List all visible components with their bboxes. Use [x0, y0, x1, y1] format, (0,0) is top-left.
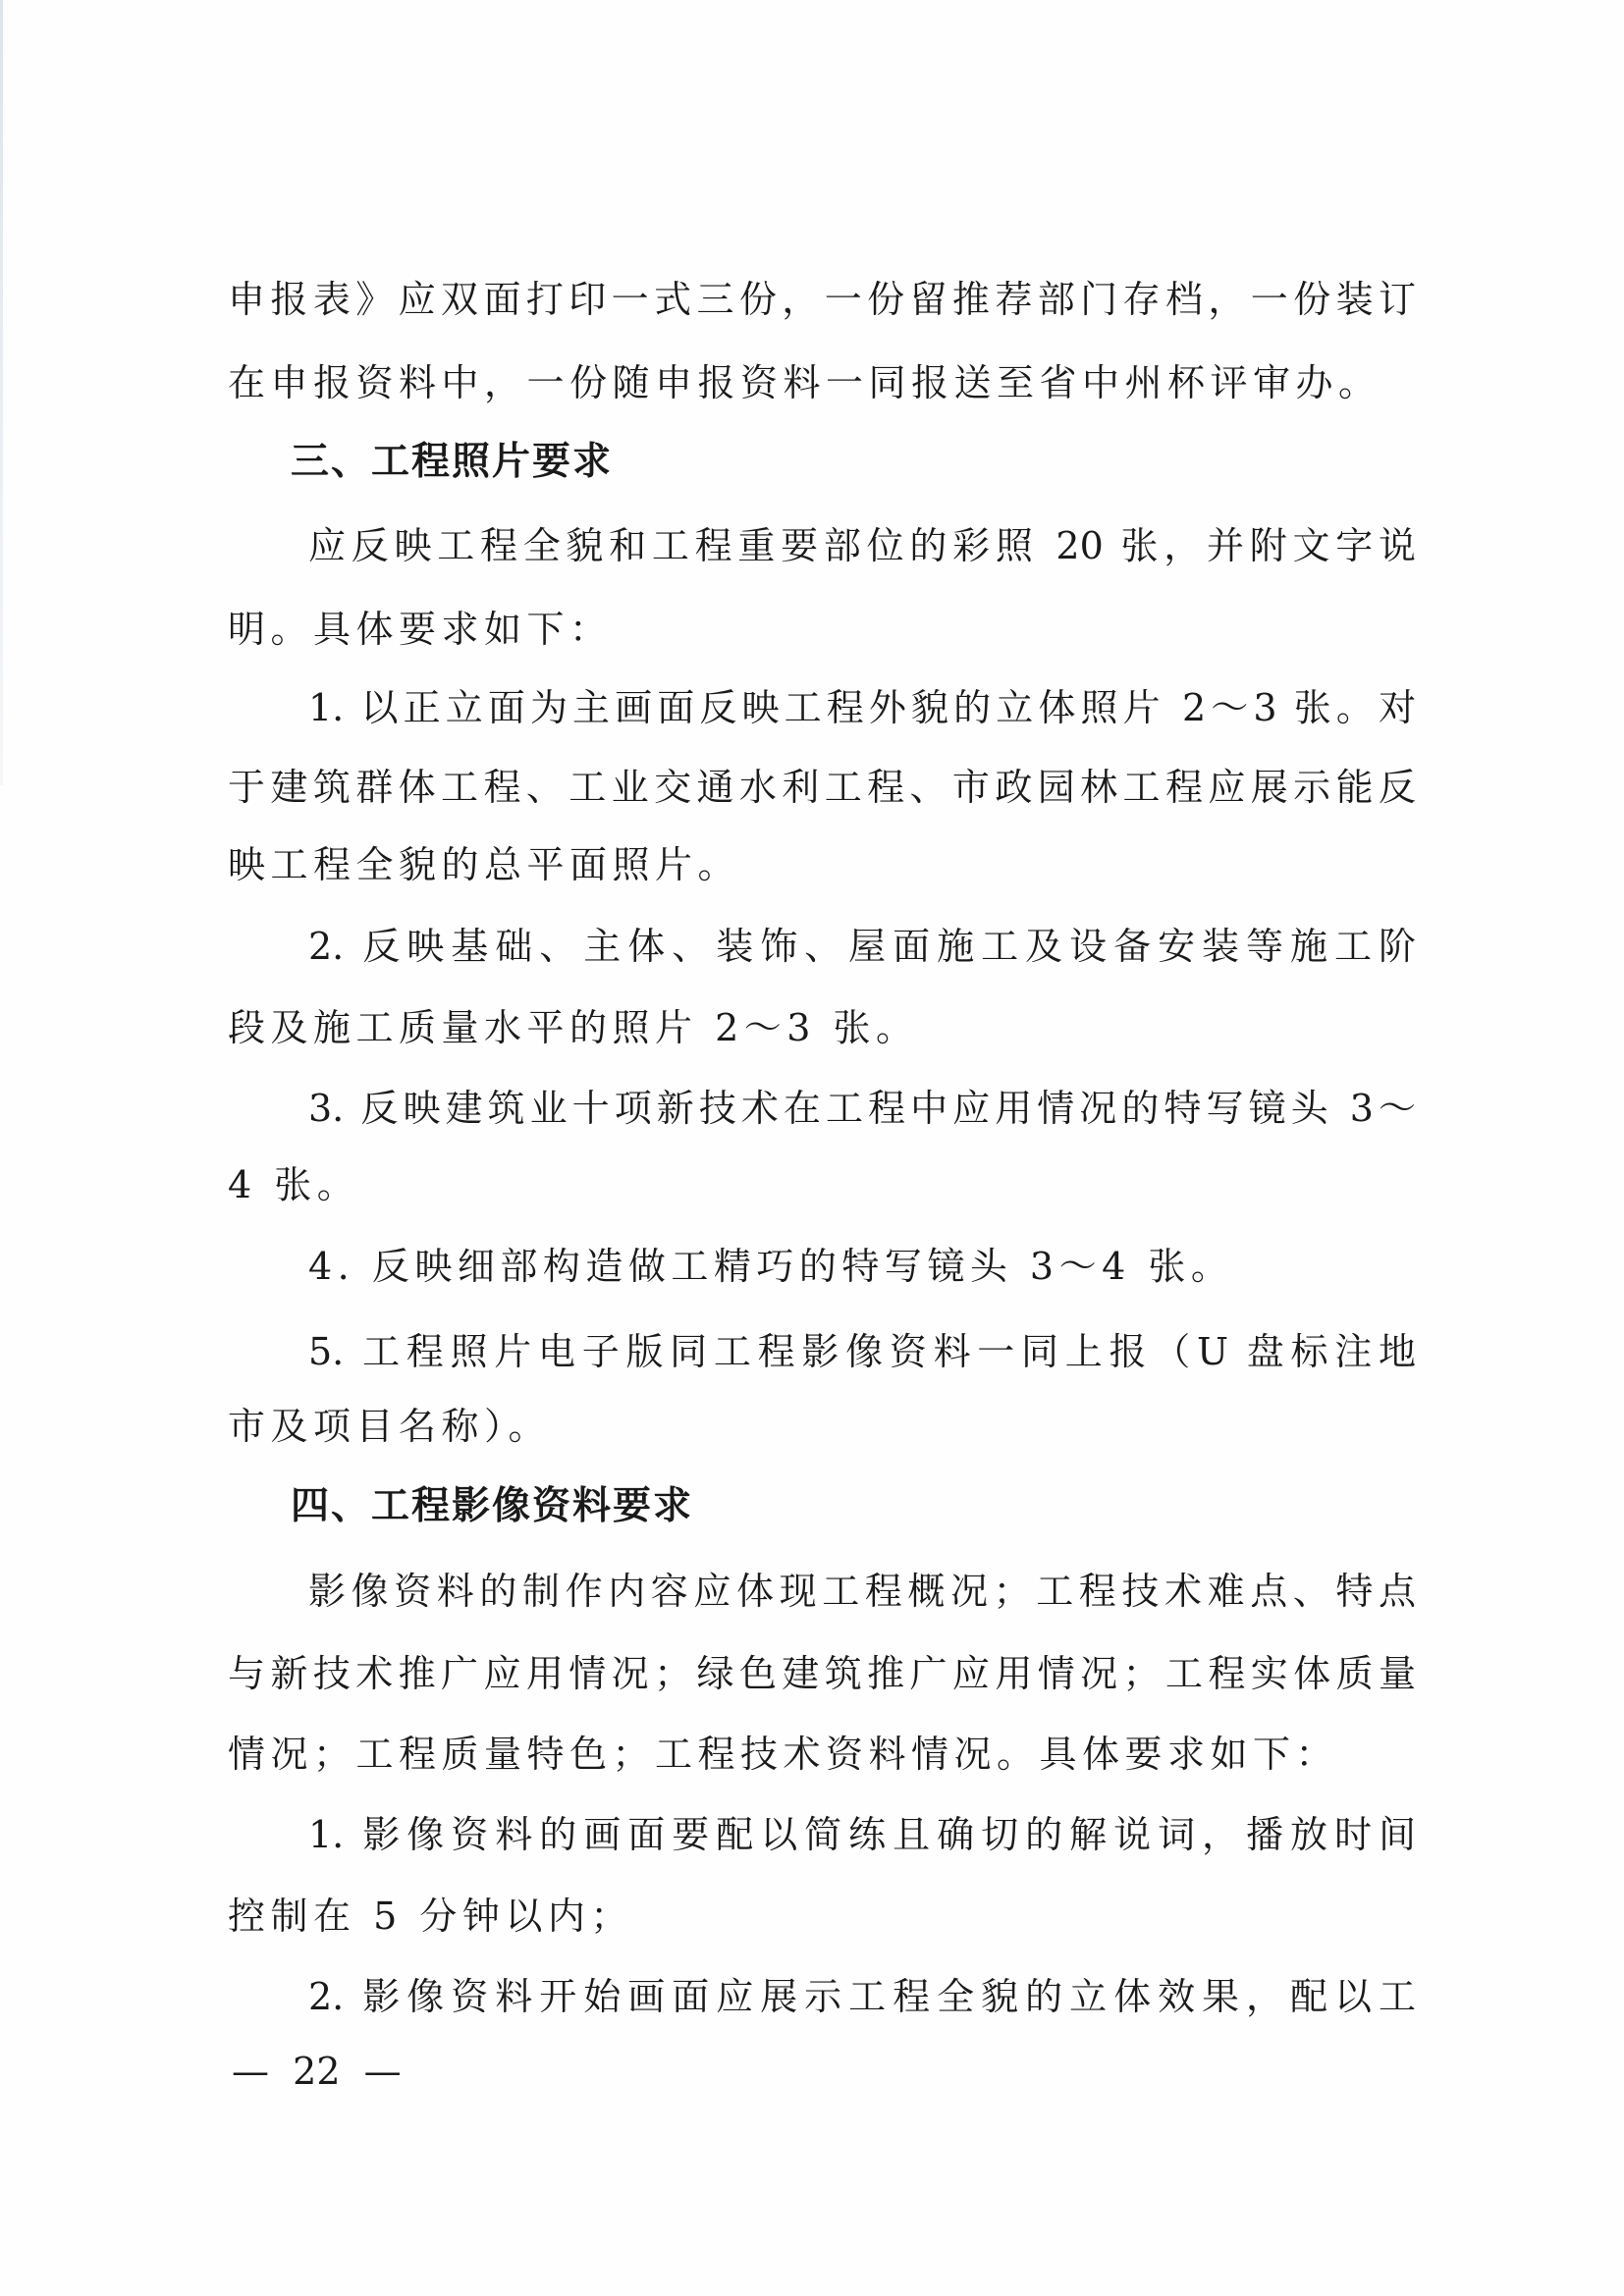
- list-item-2-line: 段及施工质量水平的照片 2～3 张。: [228, 998, 1416, 1057]
- body-line: 申报表》应双面打印一式三份，一份留推荐部门存档，一份装订: [228, 270, 1416, 329]
- paragraph-line: 影像资料的制作内容应体现工程概况；工程技术难点、特点: [308, 1562, 1416, 1621]
- list-item-3-line: 3. 反映建筑业十项新技术在工程中应用情况的特写镜头 3～: [308, 1079, 1416, 1138]
- section-heading-video: 四、工程影像资料要求: [291, 1477, 1479, 1536]
- video-item-1-line: 1. 影像资料的画面要配以简练且确切的解说词，播放时间: [308, 1805, 1416, 1864]
- paragraph-line: 与新技术推广应用情况；绿色建筑推广应用情况；工程实体质量: [228, 1644, 1416, 1703]
- document-page: 申报表》应双面打印一式三份，一份留推荐部门存档，一份装订 在申报资料中，一份随申…: [0, 0, 1624, 2296]
- list-item-5-line: 5. 工程照片电子版同工程影像资料一同上报（U 盘标注地: [308, 1322, 1416, 1381]
- video-item-1-line: 控制在 5 分钟以内；: [228, 1887, 1416, 1946]
- list-item-3-line: 4 张。: [228, 1155, 1416, 1214]
- list-item-1-line: 映工程全貌的总平面照片。: [228, 835, 1416, 894]
- scan-edge-artifact: [0, 0, 3, 785]
- list-item-4-line: 4. 反映细部构造做工精巧的特写镜头 3～4 张。: [308, 1237, 1416, 1296]
- list-item-1-line: 于建筑群体工程、工业交通水利工程、市政园林工程应展示能反: [228, 758, 1416, 817]
- paragraph-line: 情况；工程质量特色；工程技术资料情况。具体要求如下：: [228, 1725, 1416, 1784]
- body-line: 明。具体要求如下：: [228, 600, 1416, 659]
- page-number: — 22 —: [232, 2042, 402, 2101]
- list-item-2-line: 2. 反映基础、主体、装饰、屋面施工及设备安装等施工阶: [308, 917, 1416, 976]
- body-line: 在申报资料中，一份随申报资料一同报送至省中州杯评审办。: [228, 353, 1416, 412]
- list-item-1-line: 1. 以正立面为主画面反映工程外貌的立体照片 2～3 张。对: [308, 678, 1416, 737]
- list-item-5-line: 市及项目名称）。: [228, 1397, 1416, 1456]
- section-heading-photos: 三、工程照片要求: [291, 433, 1479, 492]
- paragraph-line: 应反映工程全貌和工程重要部位的彩照 20 张，并附文字说: [308, 516, 1416, 575]
- video-item-2-line: 2. 影像资料开始画面应展示工程全貌的立体效果，配以工: [308, 1967, 1416, 2026]
